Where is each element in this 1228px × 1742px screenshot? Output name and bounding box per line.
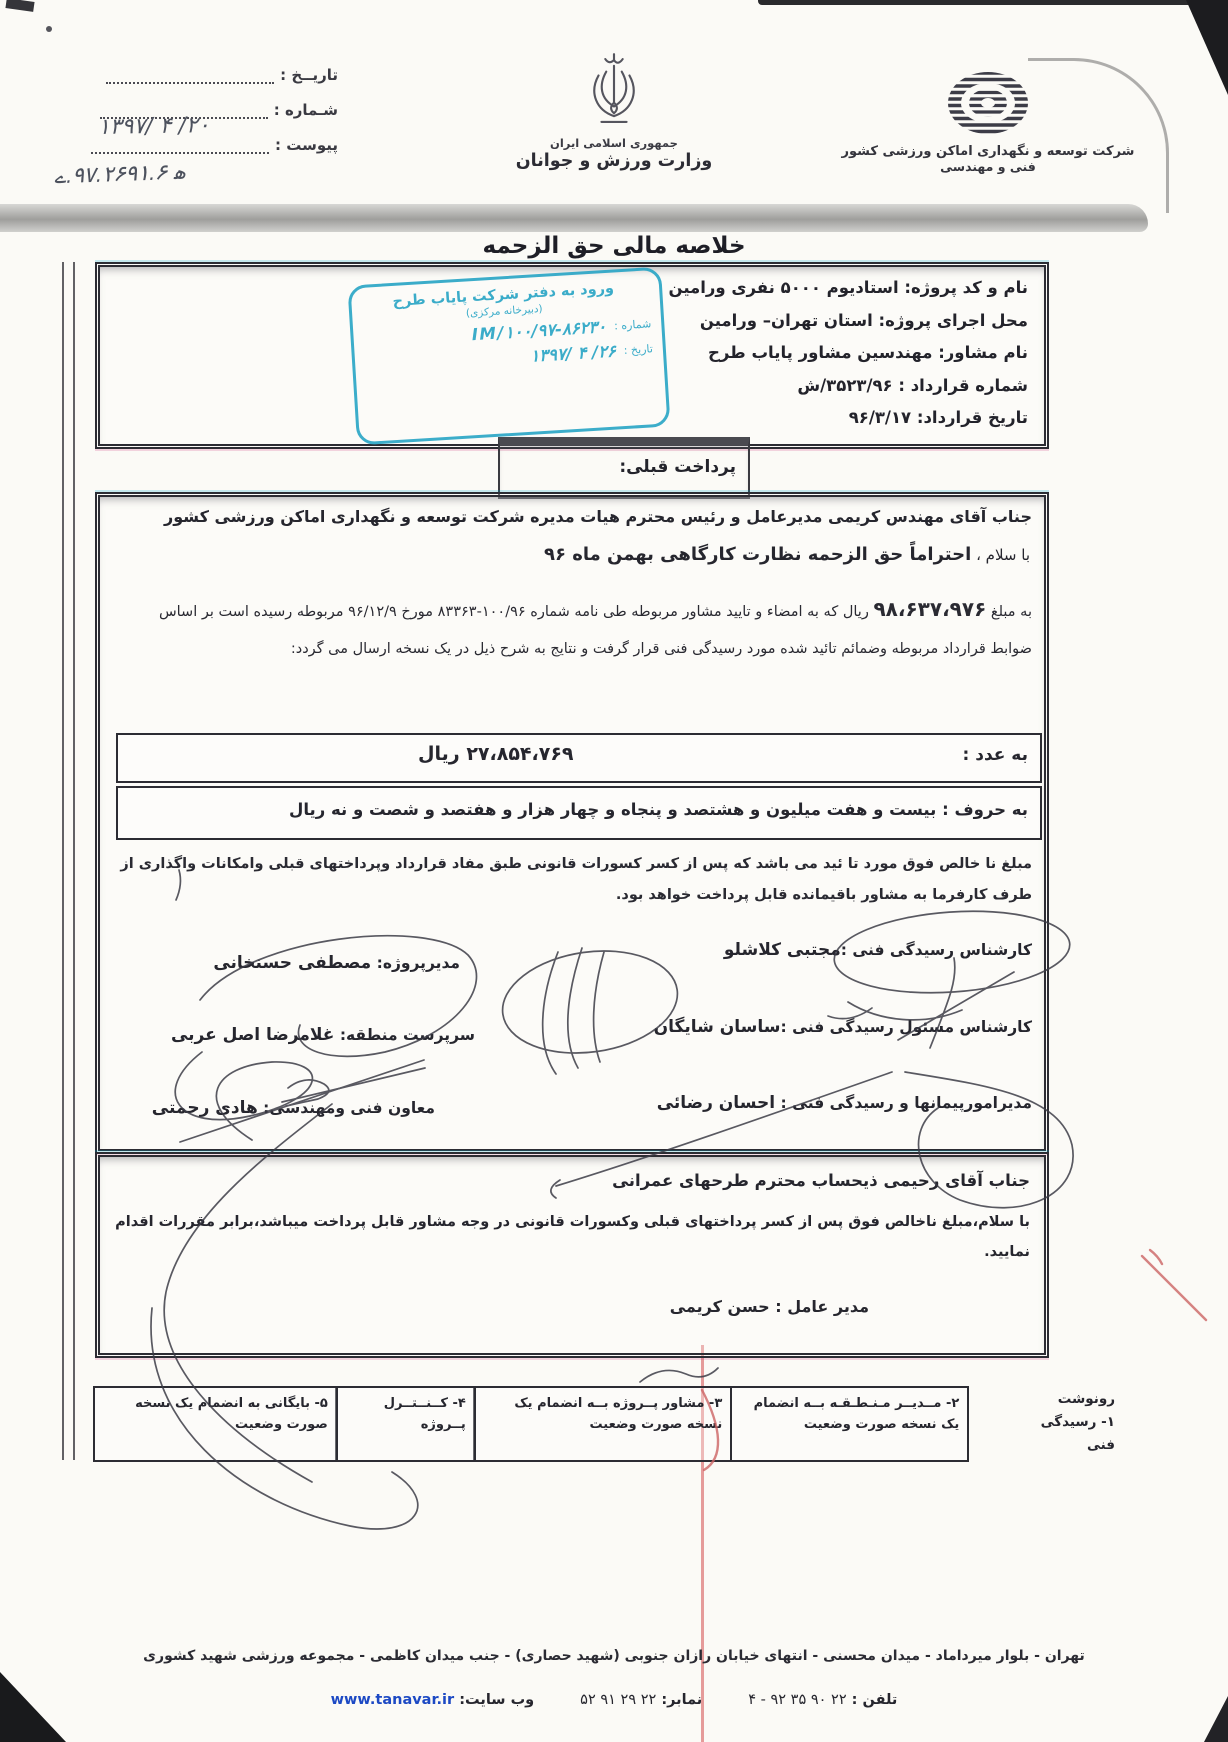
- scan-left-edge-line: [62, 262, 75, 1460]
- signature-name: احسان رضائی: [657, 1093, 775, 1113]
- ministry-header: جمهوری اسلامی ایران وزارت ورزش و جوانان: [478, 50, 750, 171]
- company-header: شرکت توسعه و نگهداری اماکن ورزشی کشور فن…: [818, 70, 1158, 174]
- amount-words-row: به حروف : بیست و هفت میلیون و هشتصد و پن…: [116, 786, 1042, 840]
- signature-role: مدیرامورپیمانها و رسیدگی فنی :: [775, 1094, 1032, 1112]
- signature-technical-deputy: معاون فنی ومهندسی: هادی رحمتی: [140, 1098, 435, 1118]
- footer-contacts: تلفن : ۲۲ ۹۰ ۳۵ ۹۲ - ۴ نمابر: ۲۲ ۲۹ ۹۱ ۵…: [0, 1692, 1228, 1708]
- attachment-dotted-line: [91, 138, 269, 154]
- signature-role: مدیرپروژه:: [371, 954, 460, 972]
- footer-phone: تلفن : ۲۲ ۹۰ ۳۵ ۹۲ - ۴: [748, 1692, 897, 1708]
- amount-words-text: بیست و هفت میلیون و هشتصد و پنجاه و چهار…: [289, 800, 936, 819]
- amount-numeric-label: به عدد :: [963, 745, 1029, 765]
- stamp-number-label: شماره :: [614, 317, 652, 332]
- body-prefix: به مبلغ: [986, 604, 1032, 620]
- scan-top-edge-shadow: [758, 0, 1228, 5]
- attachment-label: پیوست :: [275, 136, 338, 154]
- number-label: شـماره :: [274, 101, 338, 119]
- cc-cell-region-manager: ۲- مــدیــر مـنـطـقـه بــه انضمام یک نسخ…: [730, 1386, 970, 1462]
- signature-senior-reviewer: کارشناس مسئول رسیدگی فنی :ساسان شایگان: [654, 1017, 1032, 1037]
- signature-reviewer: کارشناس رسیدگی فنی :مجتبی کلاشلو: [724, 940, 1032, 960]
- scanned-document-page: تاریــخ : شـماره : پیوست : ۱۳۹۷/ ۴ /۲۰ ے…: [0, 0, 1228, 1742]
- company-name: شرکت توسعه و نگهداری اماکن ورزشی کشور: [818, 144, 1158, 159]
- amount-words-value: به حروف : بیست و هفت میلیون و هشتصد و پن…: [289, 800, 1028, 819]
- signature-name: مجتبی کلاشلو: [724, 940, 841, 960]
- footer-website: وب سایت: www.tanavar.ir: [331, 1692, 535, 1708]
- cc-title: رونوشت: [969, 1388, 1115, 1411]
- date-label: تاریــخ :: [280, 66, 338, 84]
- ceo-signature-line: مدیر عامل : حسن کریمی: [670, 1297, 869, 1316]
- company-division: فنی و مهندسی: [818, 159, 1158, 174]
- website-label: وب سایت:: [454, 1692, 534, 1708]
- letterhead-reference-block: تاریــخ : شـماره : پیوست : ۱۳۹۷/ ۴ /۲۰ ے…: [28, 66, 338, 171]
- signature-role: کارشناس رسیدگی فنی :: [841, 941, 1032, 959]
- treasurer-heading: جناب آقای رحیمی ذیحساب محترم طرحهای عمرا…: [612, 1171, 1030, 1190]
- website-url: www.tanavar.ir: [331, 1692, 455, 1708]
- document-title: خلاصه مالی حق الزحمه: [0, 233, 1228, 259]
- signature-role: معاون فنی ومهندسی:: [258, 1099, 435, 1117]
- net-amount-note: مبلغ نا خالص فوق مورد تا ئید می باشد که …: [112, 849, 1032, 911]
- amount-numeric-value: ۲۷،۸۵۴،۷۶۹ ریال: [418, 743, 574, 765]
- signature-name: هادی رحمتی: [152, 1098, 258, 1118]
- phone-value: ۲۲ ۹۰ ۳۵ ۹۲ - ۴: [748, 1692, 846, 1708]
- letter-body: به مبلغ ۹۸،۶۳۷،۹۷۶ ریال که به امضاء و تا…: [114, 591, 1032, 668]
- letterhead-attachment-row: پیوست :: [28, 136, 338, 154]
- salutation: با سلام ،: [971, 546, 1030, 564]
- fax-value: ۲۲ ۲۹ ۹۱ ۵۲: [580, 1692, 656, 1708]
- cc-item-1a: ۱- رسیدگی: [969, 1411, 1115, 1434]
- previous-payment-label: پرداخت قبلی:: [500, 445, 748, 477]
- company-logo-icon: [945, 121, 1031, 140]
- scan-corner-mark-topleft: [5, 0, 34, 12]
- letter-addressee: جناب آقای مهندس کریمی مدیرعامل و رئیس مح…: [110, 507, 1032, 526]
- signature-role: سرپرست منطقه:: [334, 1026, 475, 1044]
- main-letter-box: جناب آقای مهندس کریمی مدیرعامل و رئیس مح…: [95, 492, 1049, 1154]
- cc-strip: رونوشت ۱- رسیدگی فنی ۲- مــدیــر مـنـطـق…: [95, 1386, 1121, 1462]
- signature-project-manager: مدیرپروژه: مصطفی حسنخانی: [220, 953, 460, 973]
- cc-item-1b: فنی: [969, 1434, 1115, 1457]
- stamp-date-value: ۱۳۹۷/ ۴ /۲۶: [530, 341, 617, 365]
- letter-subject-line: با سلام ، احتراماً حق الزحمه نظارت کارگا…: [110, 544, 1030, 565]
- handwritten-date: ۱۳۹۷/ ۴ /۲۰: [98, 113, 210, 140]
- gross-amount-figure: ۹۸،۶۳۷،۹۷۶: [873, 597, 986, 621]
- amount-words-label: به حروف :: [936, 800, 1028, 819]
- ministry-name: وزارت ورزش و جوانان: [478, 151, 750, 171]
- cc-title-block: رونوشت ۱- رسیدگی فنی: [969, 1386, 1121, 1462]
- treasurer-box: جناب آقای رحیمی ذیحساب محترم طرحهای عمرا…: [95, 1152, 1049, 1358]
- letter-subject: احتراماً حق الزحمه نظارت کارگاهی بهمن ما…: [544, 544, 971, 565]
- signature-role: کارشناس مسئول رسیدگی فنی :: [781, 1018, 1032, 1036]
- signature-name: غلامرضا اصل عربی: [171, 1025, 334, 1045]
- signature-name: ساسان شایگان: [654, 1017, 781, 1037]
- previous-payment-box: پرداخت قبلی:: [498, 437, 750, 499]
- amount-numeric-row: به عدد : ۲۷،۸۵۴،۷۶۹ ریال: [116, 733, 1042, 783]
- header-gray-band: [0, 204, 1148, 232]
- date-dotted-line: [106, 68, 274, 84]
- iran-emblem-icon: [585, 115, 643, 134]
- letterhead-date-row: تاریــخ :: [28, 66, 338, 84]
- company-entry-stamp: ورود به دفتر شرکت پایاب طرح (دبیرخانه مر…: [347, 267, 670, 446]
- scan-dot-topleft: [46, 26, 52, 32]
- signature-name: مصطفی حسنخانی: [213, 953, 371, 973]
- phone-label: تلفن :: [847, 1692, 898, 1708]
- footer-address: تهران - بلوار میرداماد - میدان محسنی - ا…: [60, 1648, 1168, 1664]
- scan-corner-shadow-topright: [1186, 0, 1228, 95]
- cc-cell-consultant: ۳- مشاور پــروژه بــه انضمام یک نسخه صور…: [473, 1386, 732, 1462]
- cc-cell-archive: ۵- بایگانی به انضمام یک نسخه صورت وضعیت: [93, 1386, 338, 1462]
- stamp-number-value: IM/۱۰۰/۹۷-۸۶۲۳۰: [471, 317, 607, 344]
- fax-label: نمابر:: [656, 1692, 702, 1708]
- cc-cell-project-control: ۴- کــنــتــرل پــروژه: [335, 1386, 475, 1462]
- handwritten-number: ے.۹۷.۲۶۹۱.۶ ھ: [54, 160, 186, 189]
- footer-fax: نمابر: ۲۲ ۲۹ ۹۱ ۵۲: [580, 1692, 702, 1708]
- amount-table: به عدد : ۲۷،۸۵۴،۷۶۹ ریال به حروف : بیست …: [116, 733, 1042, 840]
- signature-contracts-manager: مدیرامورپیمانها و رسیدگی فنی : احسان رضا…: [657, 1093, 1032, 1113]
- emblem-caption: جمهوری اسلامی ایران: [478, 136, 750, 150]
- stamp-date-label: تاریخ :: [623, 342, 653, 357]
- signature-region-supervisor: سرپرست منطقه: غلامرضا اصل عربی: [130, 1025, 475, 1045]
- treasurer-body: با سلام،مبلغ ناخالص فوق پس از کسر پرداخت…: [114, 1207, 1030, 1267]
